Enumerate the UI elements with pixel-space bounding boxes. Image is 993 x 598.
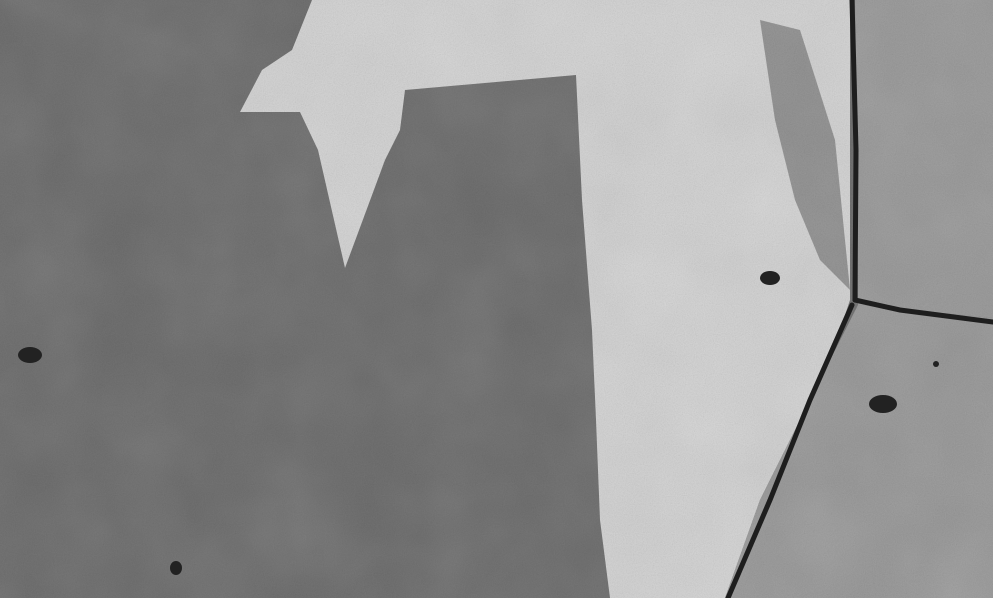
spot bbox=[170, 561, 182, 575]
spot bbox=[18, 347, 42, 363]
texture-overlay bbox=[0, 0, 993, 598]
photo-frame bbox=[0, 0, 993, 598]
spot bbox=[869, 395, 897, 413]
spot bbox=[933, 361, 939, 367]
concrete-photo bbox=[0, 0, 993, 598]
spot bbox=[760, 271, 780, 285]
